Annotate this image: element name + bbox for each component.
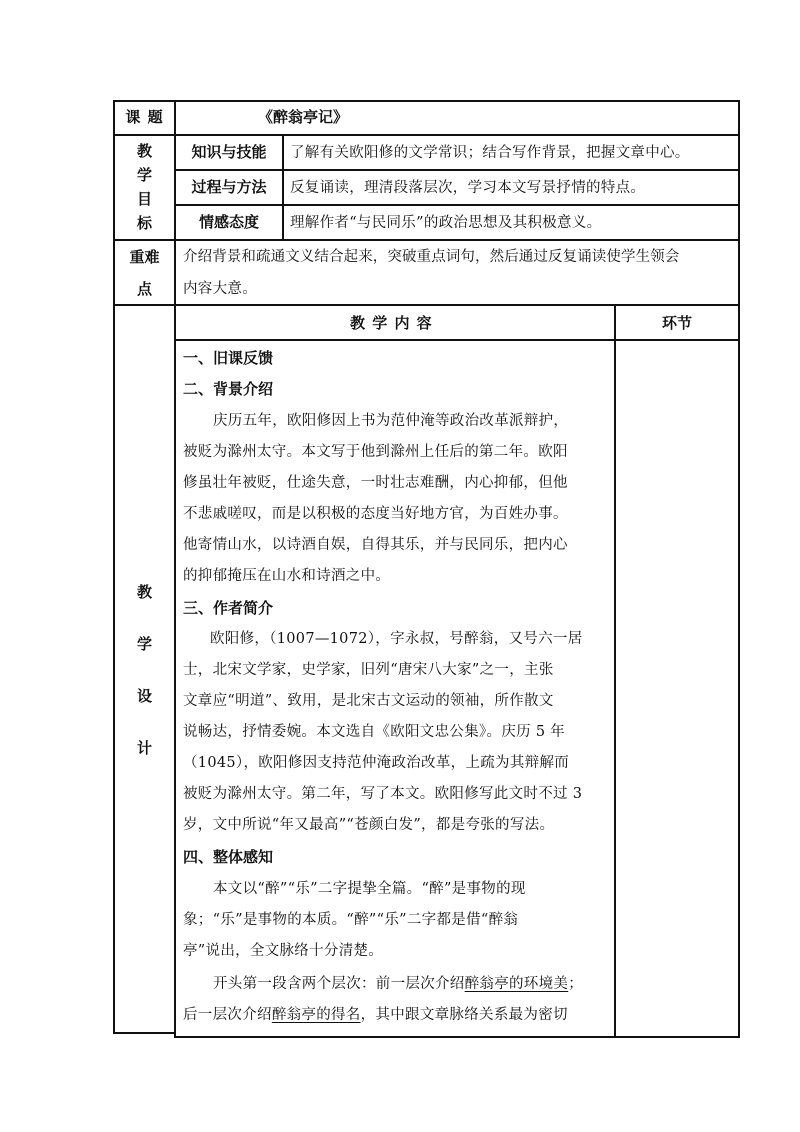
lesson-title: 《醉翁亭记》 <box>258 110 348 125</box>
background-line: 庆历五年，欧阳修因上书为范仲淹等政治改革派辩护， <box>213 414 568 429</box>
author-line: （1045），欧阳修因支持范仲淹政治改革，上疏为其辩解而 <box>183 756 569 771</box>
author-line: 士，北宋文学家，史学家，旧列“唐宋八大家”之一，主张 <box>183 663 554 678</box>
overview-line: 象；“乐”是事物的本质。“醉”“乐”二字都是借“醉翁 <box>183 913 518 928</box>
section-heading-review: 一、旧课反馈 <box>183 351 273 366</box>
background-line: 修虽壮年被贬，仕途失意，一时壮志难酬，内心抑郁，但他 <box>183 476 568 491</box>
objectives-label-char: 标 <box>115 216 174 240</box>
row-divider-obj-2 <box>174 204 740 206</box>
design-label-char: 学 <box>115 637 174 689</box>
difficulty-label-line1: 重难 <box>115 250 174 265</box>
objectives-label: 教 学 目 标 <box>115 144 174 240</box>
objective-text-process: 反复诵读，理清段落层次，学习本文写景抒情的特点。 <box>290 181 645 196</box>
objectives-label-char: 学 <box>115 168 174 192</box>
table-border-bottom <box>174 1036 740 1038</box>
design-label-char: 教 <box>115 585 174 637</box>
underlined-environment-beauty: 醉翁亭的环境美 <box>465 976 569 992</box>
overview-para2-line2: 后一层次介绍醉翁亭的得名，其中跟文章脉络关系最为密切 <box>183 1008 568 1023</box>
objective-text-attitude: 理解作者“与民同乐”的政治思想及其积极意义。 <box>290 216 601 231</box>
background-line: 他寄情山水，以诗酒自娱，自得其乐，并与民同乐，把内心 <box>183 538 568 553</box>
difficulty-text-line1: 介绍背景和疏通文义结合起来，突破重点词句，然后通过反复诵读使学生领会 <box>183 250 679 265</box>
section-heading-author: 三、作者简介 <box>183 601 273 616</box>
overview-para2-line1-post: ； <box>568 976 583 992</box>
design-label-char: 设 <box>115 689 174 741</box>
overview-para2-line1: 开头第一段含两个层次：前一层次介绍醉翁亭的环境美； <box>213 977 583 992</box>
objectives-label-char: 目 <box>115 192 174 216</box>
section-heading-overview: 四、整体感知 <box>183 850 273 865</box>
background-line: 不悲戚嗟叹，而是以积极的态度当好地方官，为百姓办事。 <box>183 507 568 522</box>
table-border-bottom-left <box>113 1032 176 1034</box>
column-divider-objectives <box>282 134 284 240</box>
row-divider-difficulty <box>113 304 740 306</box>
background-line: 的抑郁掩压在山水和诗酒之中。 <box>183 569 390 584</box>
design-label-char: 计 <box>115 741 174 793</box>
objective-label-process: 过程与方法 <box>176 180 282 195</box>
overview-para2-line2-post: ，其中跟文章脉络关系最为密切 <box>361 1007 568 1023</box>
stage-column-header: 环节 <box>662 316 692 331</box>
objectives-label-char: 教 <box>115 144 174 168</box>
author-line: 说畅达，抒情委婉。本文选自《欧阳文忠公集》。庆历 5 年 <box>183 725 565 740</box>
underlined-pavilion-naming: 醉翁亭的得名 <box>272 1007 361 1023</box>
objective-label-attitude: 情感态度 <box>176 215 282 230</box>
author-line: 文章应“明道”、致用，是北宋古文运动的领袖，所作散文 <box>183 694 554 709</box>
objective-label-knowledge: 知识与技能 <box>176 145 282 160</box>
content-column-header: 教 学 内 容 <box>350 316 433 331</box>
section-heading-background: 二、背景介绍 <box>183 382 273 397</box>
table-border-top <box>113 100 740 102</box>
overview-line: 本文以“醉”“乐”二字提挚全篇。“醉”是事物的现 <box>213 882 526 897</box>
overview-para2-line1-pre: 开头第一段含两个层次：前一层次介绍 <box>213 976 465 992</box>
design-label: 教 学 设 计 <box>115 585 174 793</box>
overview-para2-line2-pre: 后一层次介绍 <box>183 1007 272 1023</box>
row-divider-title <box>113 134 740 136</box>
lesson-plan-page: 课 题 《醉翁亭记》 教 学 目 标 知识与技能 了解有关欧阳修的文学常识；结合… <box>0 0 800 1132</box>
stage-column-cell <box>616 341 738 1036</box>
overview-line: 亭”说出，全文脉络十分清楚。 <box>183 944 383 959</box>
author-line: 被贬为滁州太守。第二年，写了本文。欧阳修写此文时不过 3 <box>183 787 582 802</box>
author-line: 岁，文中所说“年又最高”“苍颜白发”，都是夸张的写法。 <box>183 818 554 833</box>
objective-text-knowledge: 了解有关欧阳修的文学常识；结合写作背景，把握文章中心。 <box>290 146 690 161</box>
difficulty-text-line2: 内容大意。 <box>183 282 257 297</box>
title-label: 课 题 <box>115 110 174 125</box>
author-line: 欧阳修，（1007—1072），字永叔，号醉翁，又号六一居 <box>210 632 583 647</box>
row-divider-obj-1 <box>174 169 740 171</box>
difficulty-label-line2: 点 <box>115 282 174 297</box>
row-divider-objectives <box>113 239 740 241</box>
background-line: 被贬为滁州太守。本文写于他到滁州上任后的第二年。欧阳 <box>183 445 568 460</box>
